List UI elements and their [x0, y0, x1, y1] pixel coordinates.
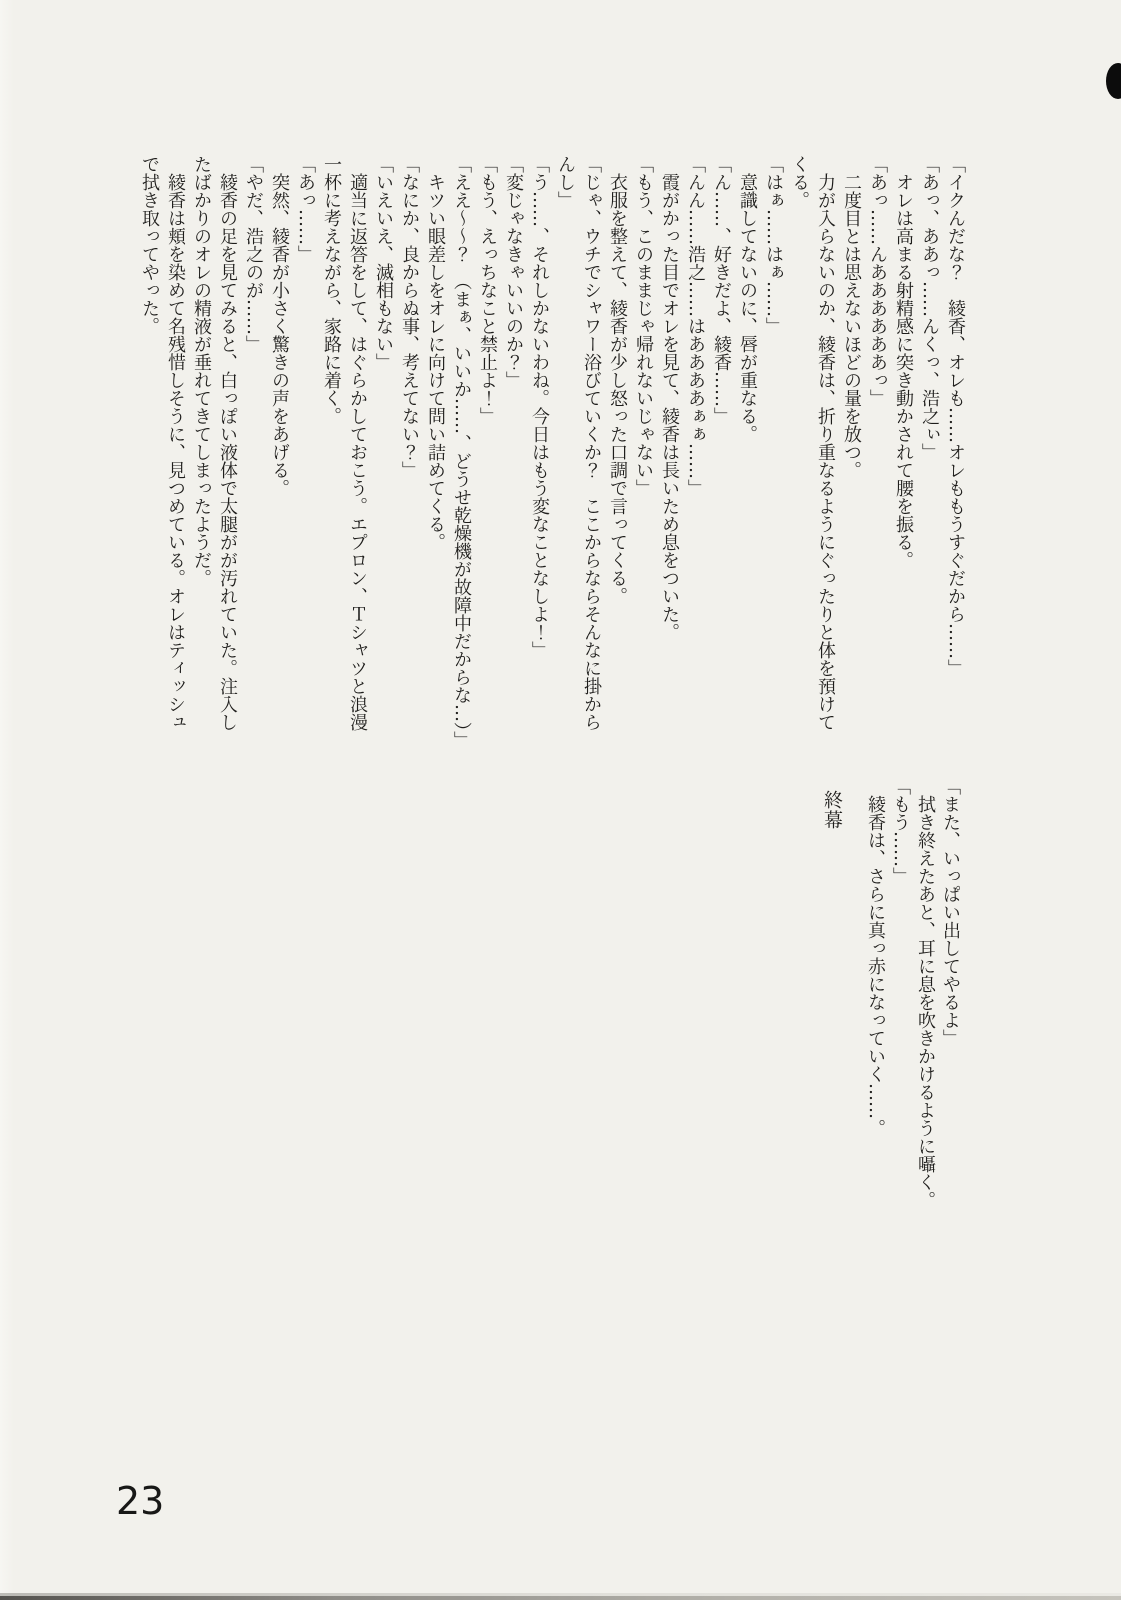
scanned-novel-page: 「イクんだな？ 綾香、オレも……オレももうすぐだから……」「あっ、ああっ……んく…	[0, 0, 1121, 1600]
text-column: 「もう、このままじゃ帰れないじゃない」	[630, 155, 656, 780]
text-column: 霞がかった目でオレを見て、綾香は長いため息をついた。	[656, 155, 682, 780]
text-column: 「イクんだな？ 綾香、オレも……オレももうすぐだから……」	[942, 155, 968, 780]
scan-artifact-ink-blob	[1106, 63, 1121, 99]
text-column: 適当に返答をして、はぐらかしておこう。エプロン、Ｔシャツと浪漫	[344, 155, 370, 780]
text-column: 「あっ、ああっ……んくっ、浩之ぃ」	[916, 155, 942, 780]
text-column: 突然、綾香が小さく驚きの声をあげる。	[266, 155, 292, 780]
text-column: 「もう、えっちなこと禁止よ！」	[474, 155, 500, 780]
text-column: 「はぁ……はぁ……」	[760, 155, 786, 780]
text-column: 綾香は、さらに真っ赤になっていく……。	[863, 777, 888, 1227]
text-column: 拭き終えたあと、耳に息を吹きかけるように囁く。	[913, 777, 938, 1227]
text-column: んし」	[552, 155, 578, 780]
text-column: 力が入らないのか、綾香は、折り重なるようにぐったりと体を預けて	[812, 155, 838, 780]
text-column: 「あっ……」	[292, 155, 318, 780]
text-column: で拭き取ってやった。	[136, 155, 162, 780]
text-column: 「ん……、好きだよ、綾香……」	[708, 155, 734, 780]
text-column: 綾香の足を見てみると、白っぽい液体で太腿がが汚れていた。注入し	[214, 155, 240, 780]
story-text-block-epilogue: 「また、いっぱい出してやるよ」 拭き終えたあと、耳に息を吹きかけるように囁く。「…	[863, 777, 963, 1227]
text-column: 「また、いっぱい出してやるよ」	[938, 777, 963, 1227]
text-column: 「いえいえ、滅相もない」	[370, 155, 396, 780]
end-curtain-label: 終幕	[821, 790, 843, 830]
scan-artifact-bottom-edge	[0, 1596, 1121, 1600]
text-column: 意識してないのに、唇が重なる。	[734, 155, 760, 780]
text-column: オレは高まる射精感に突き動かされて腰を振る。	[890, 155, 916, 780]
text-column: 「じゃ、ウチでシャワー浴びていくか？ ここからならそんなに掛から	[578, 155, 604, 780]
text-column: 綾香は頬を染めて名残惜しそうに、見つめている。オレはティッシュ	[162, 155, 188, 780]
text-column: 「変じゃなきゃいいのか？」	[500, 155, 526, 780]
text-column: 「あっ……んああああああっ」	[864, 155, 890, 780]
text-column: 「う……、それしかないわね。今日はもう変なことなしよ！」	[526, 155, 552, 780]
text-column: 「なにか、良からぬ事、考えてない？」	[396, 155, 422, 780]
text-column: 「ええ～～？ （まぁ、いいか……、どうせ乾燥機が故障中だからな…）」	[448, 155, 474, 780]
text-column: 「んん……浩之……はああああぁぁ……」	[682, 155, 708, 780]
text-column: 「やだ、浩之のが……」	[240, 155, 266, 780]
text-column: 衣服を整えて、綾香が少し怒った口調で言ってくる。	[604, 155, 630, 780]
text-column: 一杯に考えながら、家路に着く。	[318, 155, 344, 780]
text-column: キツい眼差しをオレに向けて問い詰めてくる。	[422, 155, 448, 780]
story-text-block-main: 「イクんだな？ 綾香、オレも……オレももうすぐだから……」「あっ、ああっ……んく…	[136, 155, 968, 780]
text-column: 二度目とは思えないほどの量を放つ。	[838, 155, 864, 780]
text-column: たばかりのオレの精液が垂れてきてしまったようだ。	[188, 155, 214, 780]
text-column: くる。	[786, 155, 812, 780]
page-number: 23	[116, 1482, 164, 1520]
text-column: 「もう……」	[888, 777, 913, 1227]
